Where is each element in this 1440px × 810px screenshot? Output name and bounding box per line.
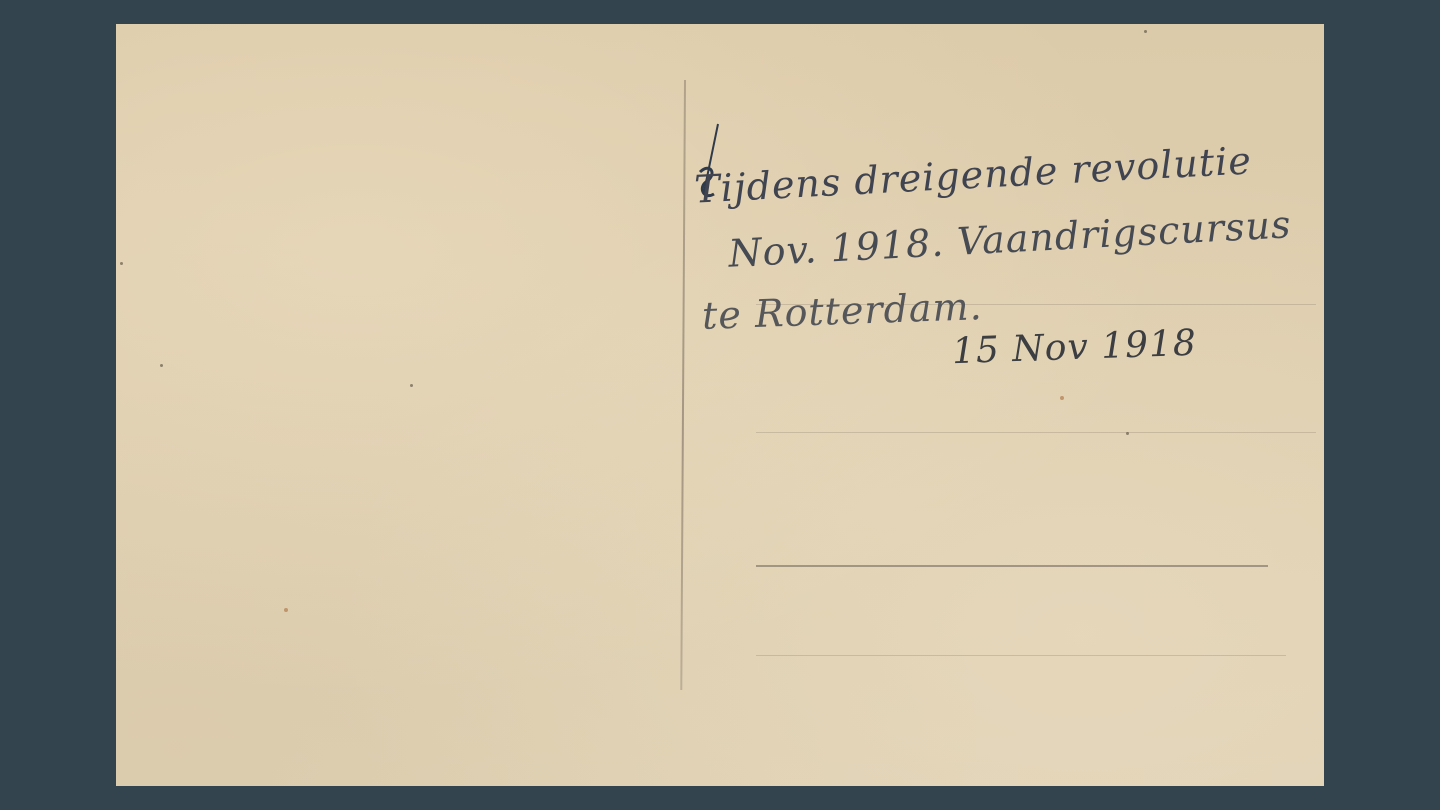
handwritten-line-2: Nov. 1918. Vaandrigscursus	[727, 205, 1292, 272]
postcard-divider-line	[680, 80, 686, 690]
paper-speck	[1144, 30, 1147, 33]
paper-speck	[410, 384, 413, 387]
handwritten-line-3: te Rotterdam.	[701, 287, 983, 335]
postcard-back: Tijdens dreigende revolutie Nov. 1918. V…	[116, 24, 1324, 786]
address-line-3	[756, 565, 1268, 567]
handwritten-line-1: Tijdens dreigende revolutie	[693, 141, 1252, 208]
paper-stain	[284, 608, 288, 612]
paper-speck	[1126, 432, 1129, 435]
paper-speck	[120, 262, 123, 265]
address-line-2	[756, 432, 1316, 433]
handwritten-date: 15 Nov 1918	[951, 326, 1197, 371]
paper-stain	[1060, 396, 1064, 400]
image-viewer: Tijdens dreigende revolutie Nov. 1918. V…	[0, 0, 1440, 810]
address-line-4	[756, 655, 1286, 656]
paper-speck	[160, 364, 163, 367]
